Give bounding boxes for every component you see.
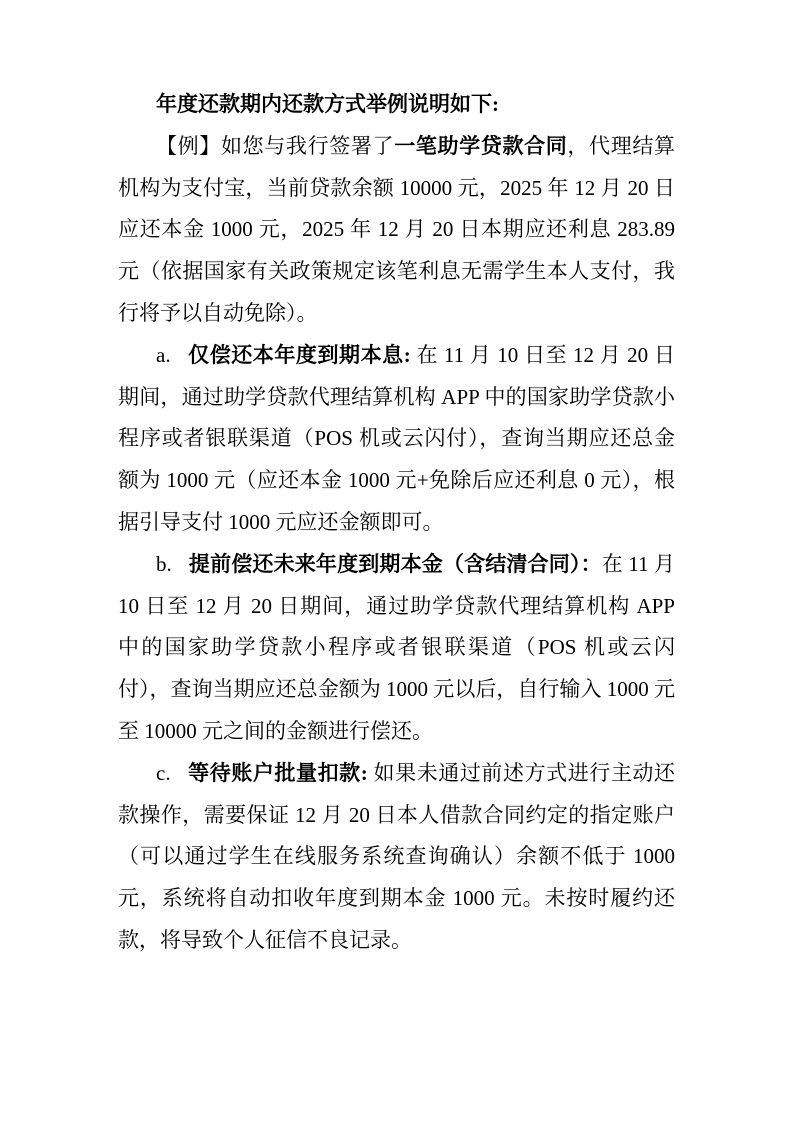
option-c-body: 如果未通过前述方式进行主动还款操作，需要保证 12 月 20 日本人借款合同约定… — [118, 761, 675, 952]
example-bold-phrase: 一笔助学贷款合同 — [394, 134, 567, 158]
section-heading-text: 年度还款期内还款方式举例说明如下: — [156, 92, 499, 116]
example-paragraph: 【例】如您与我行签署了一笔助学贷款合同，代理结算机构为支付宝，当前贷款余额 10… — [118, 126, 675, 335]
document-body: 年度还款期内还款方式举例说明如下: 【例】如您与我行签署了一笔助学贷款合同，代理… — [118, 84, 675, 962]
option-a-title: 仅偿还本年度到期本息: — [188, 343, 411, 367]
option-b-title: 提前偿还未来年度到期本金（含结清合同）： — [189, 552, 602, 576]
example-rest: ，代理结算机构为支付宝，当前贷款余额 10000 元，2025 年 12 月 2… — [118, 134, 675, 325]
list-marker-b: b. — [156, 552, 172, 576]
repayment-option-c: c.等待账户批量扣款: 如果未通过前述方式进行主动还款操作，需要保证 12 月 … — [118, 753, 675, 962]
option-b-body: 在 11 月 10 日至 12 月 20 日期间，通过助学贷款代理结算机构 AP… — [118, 552, 675, 743]
option-a-body: 在 11 月 10 日至 12 月 20 日期间，通过助学贷款代理结算机构 AP… — [118, 343, 675, 534]
option-c-title: 等待账户批量扣款: — [188, 761, 368, 785]
list-marker-c: c. — [156, 761, 171, 785]
repayment-option-a: a.仅偿还本年度到期本息: 在 11 月 10 日至 12 月 20 日期间，通… — [118, 335, 675, 544]
list-marker-a: a. — [156, 343, 171, 367]
repayment-option-b: b.提前偿还未来年度到期本金（含结清合同）：在 11 月 10 日至 12 月 … — [118, 544, 675, 753]
section-heading: 年度还款期内还款方式举例说明如下: — [118, 84, 675, 126]
example-prefix: 【例】如您与我行签署了 — [156, 134, 394, 158]
document-page: 年度还款期内还款方式举例说明如下: 【例】如您与我行签署了一笔助学贷款合同，代理… — [0, 0, 793, 1122]
